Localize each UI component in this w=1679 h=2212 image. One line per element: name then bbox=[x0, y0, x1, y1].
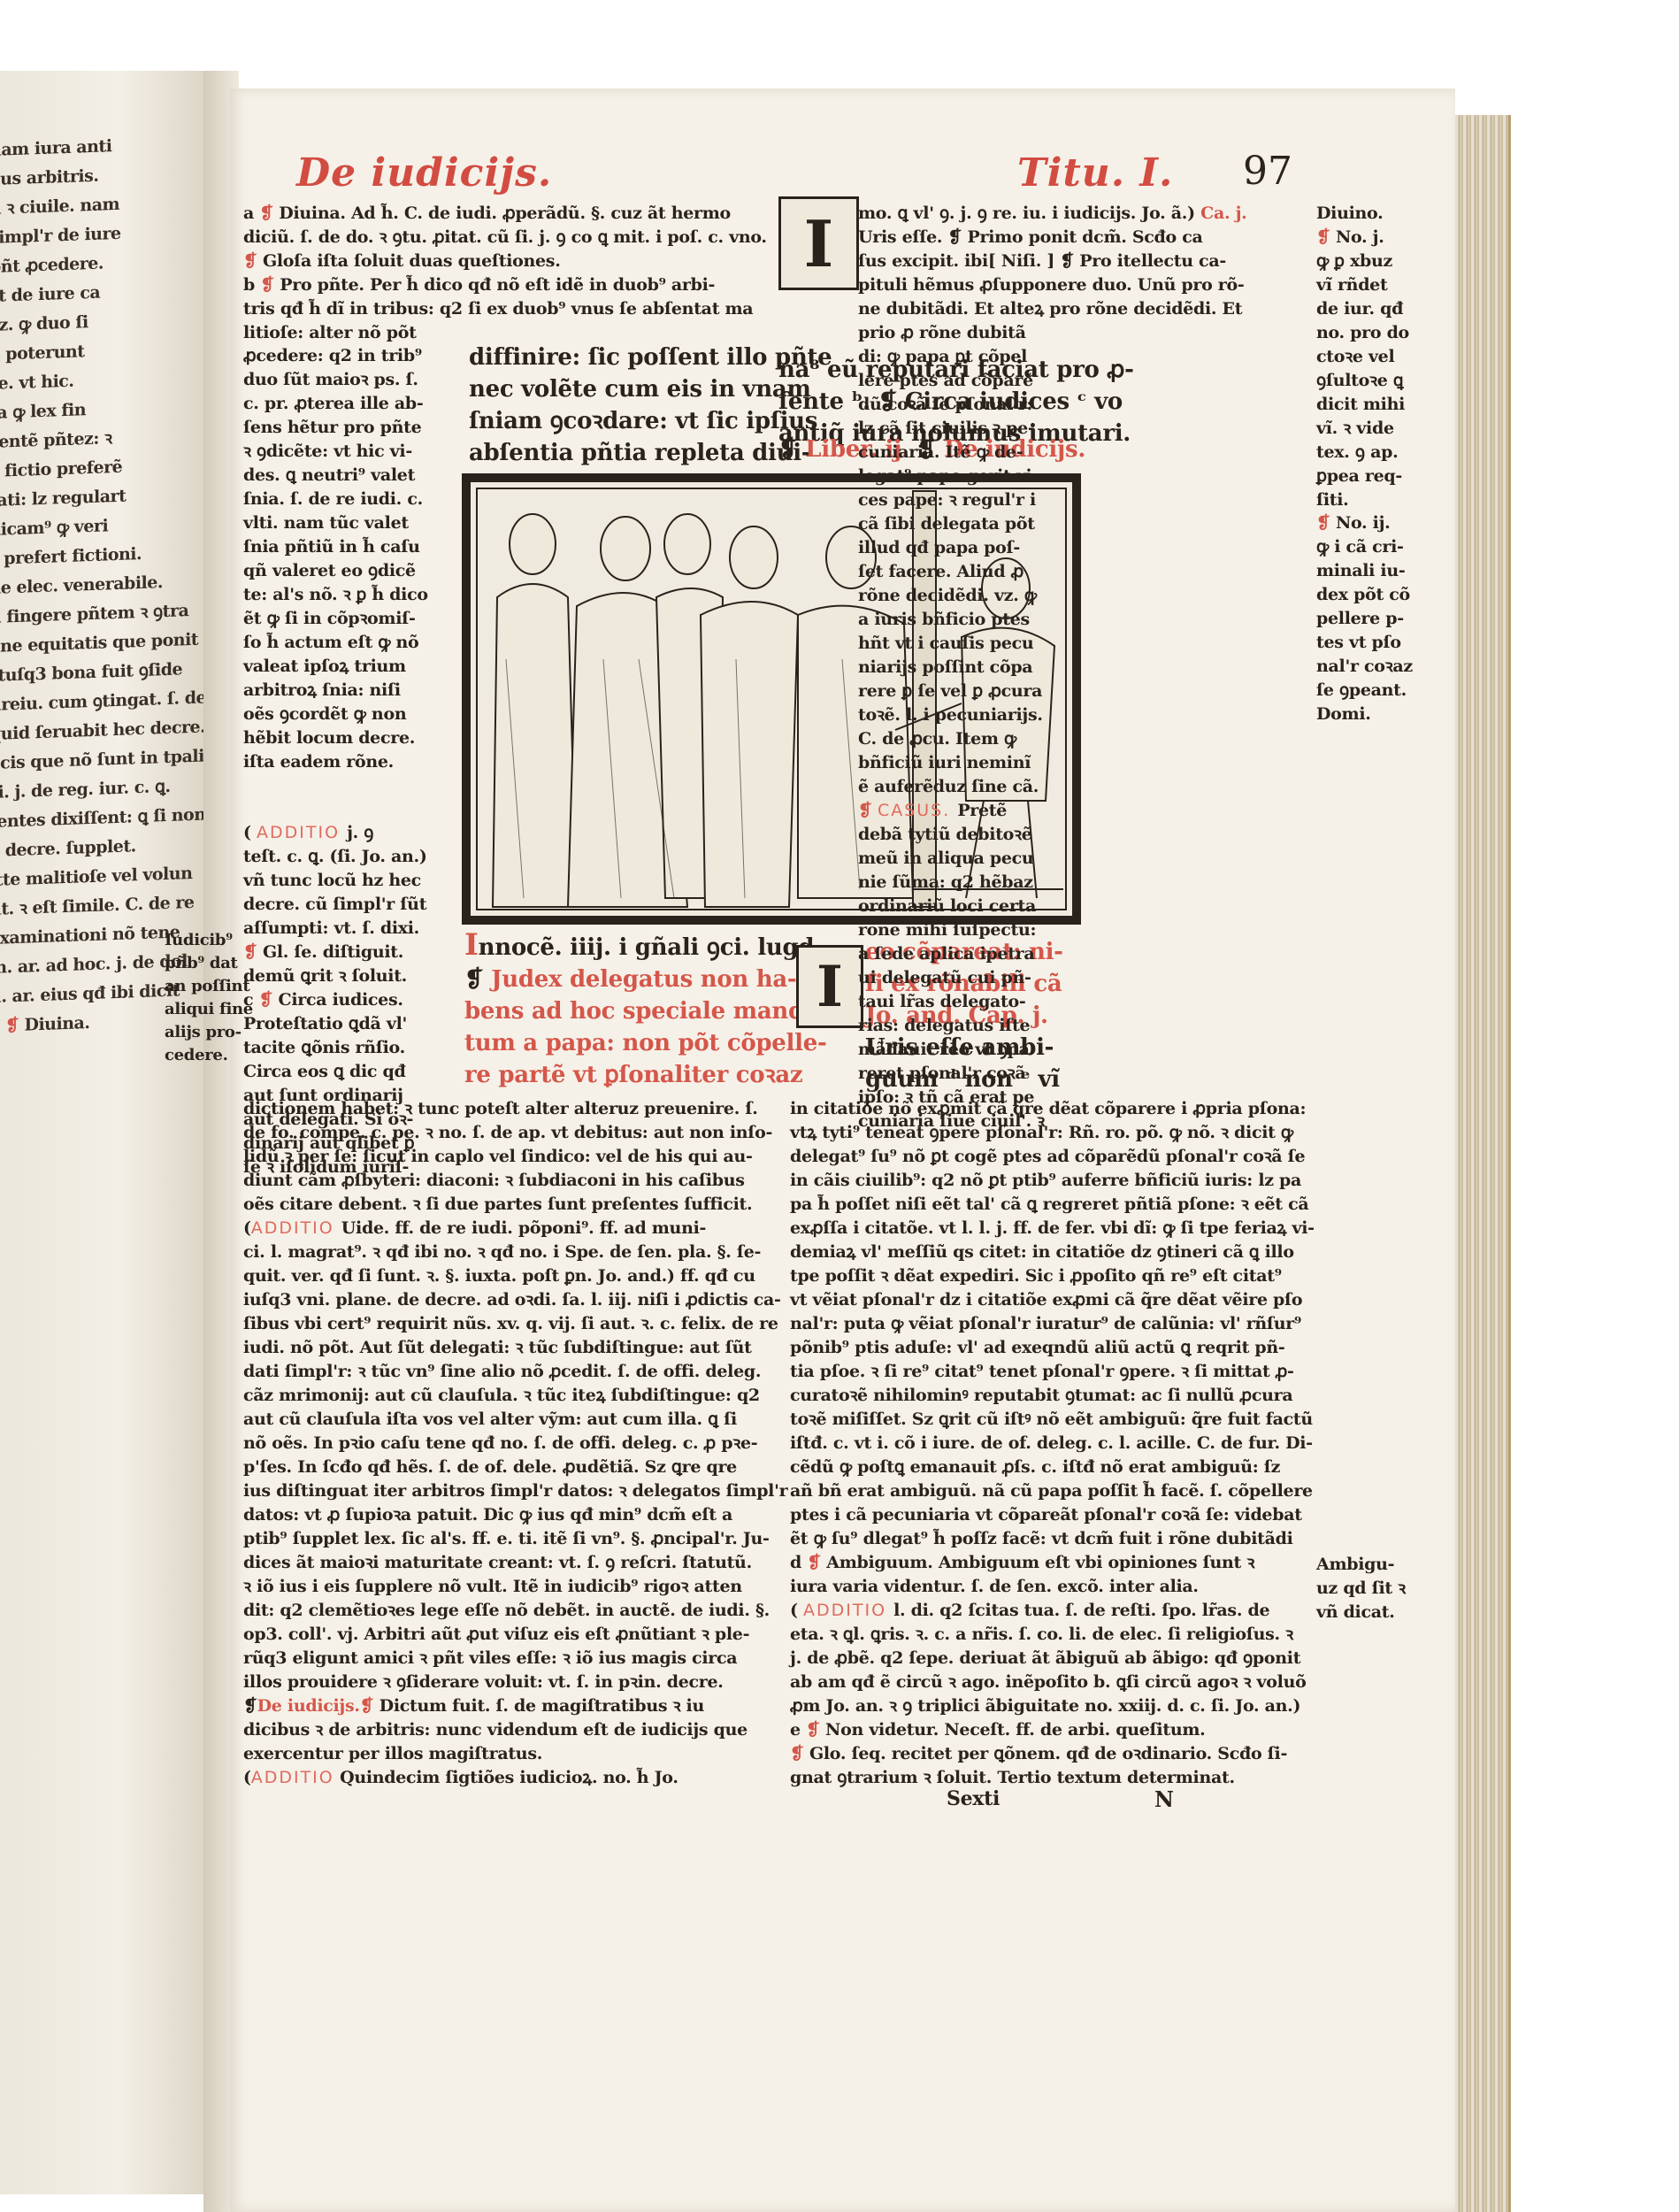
left-gloss-line: ſnia pñtiũ in h̃ caſu bbox=[243, 535, 456, 559]
red-initial-i: I bbox=[464, 927, 479, 963]
right-gloss-line: bñficiũ iuri neminĩ bbox=[858, 751, 1274, 775]
lower-right-line: demiaꝝ vl' meſſiũ qs citet: in citatiõe … bbox=[790, 1240, 1321, 1264]
left-additio-line: teſt. c. ꝗ. (ſi. Jo. an.) bbox=[243, 845, 456, 869]
right-gloss-line: nie ſũma: q2 hẽbaz bbox=[858, 871, 1274, 895]
lower-right-line: põnib⁹ ptis aduſe: vl' ad exeqndũ aliũ a… bbox=[790, 1336, 1321, 1360]
lower-right-line: tpe poſſit ꝛ dẽat expediri. Sic i ꝓpoſit… bbox=[790, 1264, 1321, 1288]
right-gloss-line: taui lr̃as delegato- bbox=[858, 990, 1274, 1014]
page-fore-edge bbox=[1455, 115, 1511, 2212]
right-gloss-line: C. de ꝓcu. Item ꝙ bbox=[858, 727, 1274, 751]
lower-left-line: dati ſimpl'r: ꝛ tũc vn⁹ ſine alio nõ ꝓce… bbox=[243, 1360, 792, 1384]
additio-label: ADDITIO bbox=[251, 1218, 341, 1238]
right-gloss-line: cã ſibi delegata põt bbox=[858, 512, 1274, 536]
lower-left-line: op3. coll'. vj. Arbitri aũt ꝓut viſuz ei… bbox=[243, 1623, 792, 1647]
left-gloss-line: c. pr. ꝓterea ille ab- bbox=[243, 392, 456, 416]
right-gloss-line: mãdauit reo vt ꝯpa bbox=[858, 1038, 1274, 1062]
left-gloss-line: ꝓcedere: q2 in trib⁹ bbox=[243, 344, 456, 368]
left-gloss-line: ❡ Gl. ſe. diſtiguit. bbox=[243, 941, 456, 964]
lower-right-line: vt vẽiat pſonal'r dz i citatiõe exꝓmi cã… bbox=[790, 1288, 1321, 1312]
left-gloss-line: valeat ipſoꝝ trium bbox=[243, 655, 456, 679]
left-gloss-column: ꝓcedere: q2 in trib⁹duo ſũt maioꝛ ps. ſ.… bbox=[243, 344, 456, 774]
margin-note-line: no. pro do bbox=[1316, 321, 1414, 345]
margin-note-line: ꝑpea req- bbox=[1316, 465, 1414, 488]
left-gloss-line: qñ valeret eo ꝯdicẽ bbox=[243, 559, 456, 583]
left-additio-line: decre. cũ ſimpl'r ſũt bbox=[243, 893, 456, 917]
lower-left-line: ſibus vbi cert⁹ requirit nũs. xv. q. vij… bbox=[243, 1312, 792, 1336]
lower-right-gloss-line: d ❡ Ambiguum. Ambiguum eſt vbi opiniones… bbox=[790, 1551, 1321, 1575]
left-gloss-line: ſnia. ſ. de re iudi. c. bbox=[243, 488, 456, 511]
lower-right-line: in cãis ciuilib⁹: q2 nõ ꝑt ptib⁹ auferre… bbox=[790, 1169, 1321, 1193]
right-gloss-line: di: ꝙ papa ꝑt cõpel bbox=[858, 345, 1274, 369]
margin-note-line: Iudicib⁹ bbox=[165, 929, 244, 952]
lower-right-line: ptes i cã pecuniaria vt cõpareãt pſonal'… bbox=[790, 1503, 1321, 1527]
main-text-upper: diffinire: ſic poſſent illo pñtenec volẽ… bbox=[469, 342, 787, 469]
main-text-line: diffinire: ſic poſſent illo pñte bbox=[469, 342, 787, 373]
lower-left-closing: ❡De iudicijs.❡ Dictum fuit. ſ. de magiſt… bbox=[243, 1694, 792, 1790]
margin-note-line: Domi. bbox=[1316, 703, 1414, 726]
lower-right-gloss-line: gnat ꝯtrarium ꝛ ſoluit. Tertio textum de… bbox=[790, 1766, 1321, 1790]
lower-left-line: ius diſtinguat iter arbitros ſimpl'r dat… bbox=[243, 1479, 792, 1503]
lower-left-line: ci. l. magrat⁹. ꝛ qđ ibi no. ꝛ qđ no. i … bbox=[243, 1240, 792, 1264]
right-gloss-line: debã tytiũ debitoꝛẽ bbox=[858, 823, 1274, 847]
source-line: nnocẽ. iiij. i gñali ꝯci. lugd. bbox=[479, 934, 822, 961]
lower-right-gloss-line: ab am qđ ẽ circũ ꝛ ago. inẽpoſito b. ꝗſi… bbox=[790, 1671, 1321, 1694]
margin-note-right-top: Diuino.❡ No. j.ꝙ ꝑ xbuzvĩ rñdetde iur. q… bbox=[1316, 202, 1414, 512]
running-head-left: De iudicijs. bbox=[296, 150, 552, 196]
margin-note-line: ſe ꝯpeant. bbox=[1316, 679, 1414, 703]
margin-note-left: Iudicib⁹pñb⁹ datan poſſintaliqui fineali… bbox=[165, 929, 244, 1067]
left-gloss-line: oẽs ꝯcordẽt ꝙ non bbox=[243, 703, 456, 726]
lower-left-line: quit. ver. qđ ſi ſunt. ꝛ. §. iuxta. poſt… bbox=[243, 1264, 792, 1288]
left-gloss-line: Circa eos ꝗ dic qđ bbox=[243, 1060, 456, 1084]
margin-note-line: tes vt pſo bbox=[1316, 631, 1414, 655]
additio-label: ADDITIO bbox=[251, 1768, 334, 1787]
margin-note-line: cedere. bbox=[165, 1044, 244, 1067]
lower-left-line: iuſq3 vni. plane. de decre. ad oꝛdi. ſa.… bbox=[243, 1288, 792, 1312]
margin-note-line: minali iu- bbox=[1316, 559, 1414, 583]
margin-note-line: vĩ rñdet bbox=[1316, 273, 1414, 297]
lower-right-gloss: in citatiõe nõ exꝓmit cã q̃re dẽat cõpar… bbox=[790, 1097, 1321, 1551]
right-gloss-line: ces pape: ꝛ regul'r i bbox=[858, 488, 1274, 512]
lower-right-line: toꝛẽ miſiſſet. Sz ꝗrit cũ iſtꝰ nõ eẽt am… bbox=[790, 1408, 1321, 1432]
margin-note-line: alijs pro- bbox=[165, 1021, 244, 1044]
lower-right-line: in citatiõe nõ exꝓmit cã q̃re dẽat cõpar… bbox=[790, 1097, 1321, 1121]
margin-note-line: ❡ No. ij. bbox=[1316, 511, 1414, 535]
left-gloss-line: ſo h̃ actum eſt ꝙ nõ bbox=[243, 631, 456, 655]
lower-right-gloss-line: ( ADDITIO l. di. q2 ſcitas tua. ſ. de re… bbox=[790, 1599, 1321, 1623]
left-gloss-line: hẽbit locum decre. bbox=[243, 726, 456, 750]
left-additio-line: vñ tunc locũ hz hec bbox=[243, 869, 456, 893]
left-gloss-line: c ❡ Circa iudices. bbox=[243, 988, 456, 1012]
rubric-block-left: Innocẽ. iiij. i gñali ꝯci. lugd. ❡ Judex… bbox=[464, 929, 783, 1091]
margin-note-line: ꝯſultoꝛe ꝗ bbox=[1316, 369, 1414, 393]
lower-left-line: diunt cãm ꝓſbyteri: diaconi: ꝛ ſubdiacon… bbox=[243, 1169, 792, 1193]
running-head-title: Titu. I. bbox=[1017, 150, 1173, 196]
left-gloss-line: des. ꝗ neutri⁹ valet bbox=[243, 464, 456, 488]
left-page-edge-text: nam iura antious arbitris.ũ ꝛ ciuile. na… bbox=[0, 129, 193, 1041]
lower-right-line: iſtđ. c. vt i. cõ i iure. de of. deleg. … bbox=[790, 1432, 1321, 1455]
margin-note-line: dex põt cõ bbox=[1316, 583, 1414, 607]
margin-note-line: tex. ꝯ ap. bbox=[1316, 441, 1414, 465]
lower-right-line: ẽt ꝙ ſu⁹ dlegat⁹ h̃ poſſz facẽ: vt dcm̃ … bbox=[790, 1527, 1321, 1551]
lower-left-line: (ADDITIO Uide. ff. de re iudi. põponi⁹. … bbox=[243, 1217, 792, 1240]
lower-left-line: dices ãt maioꝛi maturitate creant: vt. ſ… bbox=[243, 1551, 792, 1575]
lower-right-line: exꝓſſa i citatõe. vt l. l. j. ff. de fer… bbox=[790, 1217, 1321, 1240]
left-gloss-line: te: al's nõ. ꝛ ꝑ h̃ dico bbox=[243, 583, 456, 607]
lower-left-line: cãz mrimonij: aut cũ clauſula. ꝛ tũc ite… bbox=[243, 1384, 792, 1408]
margin-note-right-bottom: Ambigu-uz qd ſit ꝛvñ dicat. bbox=[1316, 1553, 1414, 1624]
right-gloss-line: a iuris bñficio ptes bbox=[858, 608, 1274, 632]
ornate-initial-i-top: I bbox=[778, 196, 859, 290]
left-gloss-line: duo ſũt maioꝛ ps. ſ. bbox=[243, 368, 456, 392]
lower-right-line: delegat⁹ ſu⁹ nõ ꝑt cogẽ ptes ad cõparẽdũ… bbox=[790, 1145, 1321, 1169]
left-gloss-line: arbitroꝝ ſnia: niſi bbox=[243, 679, 456, 703]
margin-note-line: Diuino. bbox=[1316, 202, 1414, 226]
lower-right-line: tia pſoe. ꝛ ſi re⁹ citat⁹ tenet pſonal'r… bbox=[790, 1360, 1321, 1384]
lower-right-gloss-line: eta. ꝛ ꝗl. ꝗris. ꝛ. c. a nr̃is. ſ. co. l… bbox=[790, 1623, 1321, 1647]
lower-left-line: p'ſes. In ſcđo qđ hẽs. ſ. de of. dele. ꝓ… bbox=[243, 1455, 792, 1479]
ornate-initial-i: I bbox=[796, 945, 863, 1028]
right-gloss-line: lere ptes ad cõparẽ bbox=[858, 369, 1274, 393]
margin-note-line: uz qd ſit ꝛ bbox=[1316, 1577, 1414, 1601]
signature-mark: N bbox=[1154, 1787, 1174, 1811]
right-gloss-line: mo. ꝗ vl' ꝯ. j. ꝯ re. iu. i iudicijs. Jo… bbox=[858, 202, 1274, 226]
lower-right-gloss-line: iura varia videntur. ſ. de ſen. excõ. in… bbox=[790, 1575, 1321, 1599]
right-gloss-line: ne dubitãdi. Et alteꝝ pro rõne decidẽdi.… bbox=[858, 297, 1274, 321]
right-gloss-line: ſet facere. Aliud ꝓ bbox=[858, 560, 1274, 584]
right-gloss-line: ẽ auferẽduz ſine cã. bbox=[858, 775, 1274, 799]
right-gloss-line: ❡ CASUS. Pretẽ bbox=[858, 799, 1274, 823]
right-gloss-line: hñt vt i cauſis pecu bbox=[858, 632, 1274, 656]
margin-note-line: ſiti. bbox=[1316, 488, 1414, 512]
margin-note-line: an poſſint bbox=[165, 975, 244, 998]
lower-left-line: datos: vt ꝓ ſupioꝛa patuit. Dic ꝙ ius qđ… bbox=[243, 1503, 792, 1527]
right-gloss-line: rõne mihi ſuſpectũ: bbox=[858, 918, 1274, 942]
margin-note-line: pñb⁹ dat bbox=[165, 952, 244, 975]
lower-left-line: dictionem habet: ꝛ tunc poteſt alter alt… bbox=[243, 1097, 792, 1121]
right-gloss-line: ordinariũ loci certa bbox=[858, 895, 1274, 918]
lower-right-glosses: d ❡ Ambiguum. Ambiguum eſt vbi opiniones… bbox=[790, 1551, 1321, 1790]
margin-note-line: pellere p- bbox=[1316, 607, 1414, 631]
lower-right-line: añ bñ erat ambiguũ. nã cũ papa poſſit h̃… bbox=[790, 1479, 1321, 1503]
right-gloss-column: mo. ꝗ vl' ꝯ. j. ꝯ re. iu. i iudicijs. Jo… bbox=[858, 202, 1274, 1133]
margin-note-line: nal'r coꝛaz bbox=[1316, 655, 1414, 679]
lower-left-line: aut cũ clauſula iſta vos vel alter vỹm: … bbox=[243, 1408, 792, 1432]
margin-note-right-mid: ❡ No. ij.ꝙ i cã cri-minali iu-dex põt cõ… bbox=[1316, 511, 1414, 726]
right-gloss-line: legat⁹ pape gerit vi bbox=[858, 465, 1274, 488]
lower-left-line: ꝛ iõ ius i eis ſupplere nõ vult. Itẽ in … bbox=[243, 1575, 792, 1599]
lower-left-gloss: dictionem habet: ꝛ tunc poteſt alter alt… bbox=[243, 1097, 792, 1694]
closing-heading: De iudicijs. bbox=[257, 1696, 360, 1716]
left-gloss-line: iſta eadem rõne. bbox=[243, 750, 456, 774]
right-gloss-line: prio ꝓ rõne dubitã bbox=[858, 321, 1274, 345]
right-gloss-line: Uris eſſe. ❡ Primo ponit dcm̃. Scđo ca bbox=[858, 226, 1274, 250]
margin-note-line: ꝙ ꝑ xbuz bbox=[1316, 250, 1414, 273]
right-gloss-line: rõne decidẽdi. vz. ꝙ bbox=[858, 584, 1274, 608]
right-gloss-line: illud qđ papa poſ- bbox=[858, 536, 1274, 560]
lower-left-line: de fo. compe. c. pe. ꝛ no. ſ. de ap. vt … bbox=[243, 1121, 792, 1145]
right-gloss-line: cuniaria. Itẽ ꝙ de- bbox=[858, 441, 1274, 465]
right-gloss-line: pituli hẽmus ꝓſupponere duo. Unũ pro rõ- bbox=[858, 273, 1274, 297]
lower-left-line: rũq3 eligunt amici ꝛ pñt viles eſſe: ꝛ i… bbox=[243, 1647, 792, 1671]
catchword: Sexti bbox=[947, 1787, 1000, 1811]
left-gloss-line: ẽt ꝙ ſi in cõpꝛomiſ- bbox=[243, 607, 456, 631]
margin-note-line: de iur. qđ bbox=[1316, 297, 1414, 321]
main-text-line: abſentia pñtia repleta diui- bbox=[469, 437, 787, 469]
margin-note-line: vñ dicat. bbox=[1316, 1601, 1414, 1624]
lower-right-gloss-line: j. de ꝓbẽ. q2 ſepe. deriuat ãt ãbiguũ ab… bbox=[790, 1647, 1321, 1671]
margin-note-line: vĩ. ꝛ vide bbox=[1316, 417, 1414, 441]
lower-right-line: pa h̃ poſſet niſi eẽt tal' cã ꝗ regreret… bbox=[790, 1193, 1321, 1217]
lower-left-line: ptib⁹ ſupplet lex. ſic al's. ff. e. ti. … bbox=[243, 1527, 792, 1551]
margin-note-line: aliqui fine bbox=[165, 998, 244, 1021]
lower-left-line: iudi. nõ põt. Aut ſũt delegati: ꝛ tũc ſu… bbox=[243, 1336, 792, 1360]
left-additio-line: aſſumpti: vt. ſ. dixi. bbox=[243, 917, 456, 941]
lower-right-line: nal'r: puta ꝙ vẽiat pſonal'r iuratur⁹ de… bbox=[790, 1312, 1321, 1336]
lower-right-line: vtꝝ tyti⁹ teneat ꝯpere pſonal'r: Rñ. ro.… bbox=[790, 1121, 1321, 1145]
right-gloss-line: rere ꝑ ſe vel ꝑ ꝓcura bbox=[858, 680, 1274, 703]
folio-number: 97 bbox=[1243, 149, 1292, 194]
lower-right-gloss-line: ❡ Glo. ſeq. recitet per ꝗõnem. qđ de oꝛd… bbox=[790, 1742, 1321, 1766]
lower-left-line: nõ oẽs. In pꝛio caſu tene qđ no. ſ. de o… bbox=[243, 1432, 792, 1455]
top-gloss: a ❡ Diuina. Ad h̃. C. de iudi. ꝓperãdũ. … bbox=[243, 202, 774, 345]
right-gloss-line: meũ in aliqua pecu bbox=[858, 847, 1274, 871]
margin-note-line: ctoꝛe vel bbox=[1316, 345, 1414, 369]
main-text-line: nec volẽte cum eis in vnam bbox=[469, 373, 787, 405]
right-gloss-line: ſus excipit. ibi[ Niſi. ] ❡ Pro itellect… bbox=[858, 250, 1274, 273]
left-gloss-line: ſens hẽtur pro pñte bbox=[243, 416, 456, 440]
left-page-verso: nam iura antious arbitris.ũ ꝛ ciuile. na… bbox=[0, 71, 221, 2194]
right-gloss-line: reret pſonal'r coꝛã bbox=[858, 1062, 1274, 1086]
lower-right-gloss-line: ꝓm Jo. an. ꝛ ꝯ triplici ãbiguitate no. x… bbox=[790, 1694, 1321, 1718]
right-gloss-line: lz cã ſit ciuilis ꝛ pe- bbox=[858, 417, 1274, 441]
right-gloss-line: ui delegatũ cui pñ- bbox=[858, 966, 1274, 990]
lower-left-line: dit: q2 clemẽtioꝛes lege eſſe nõ debẽt. … bbox=[243, 1599, 792, 1623]
margin-note-line: dicit mihi bbox=[1316, 393, 1414, 417]
margin-note-line: ❡ No. j. bbox=[1316, 226, 1414, 250]
right-gloss-line: a ſede aplica ipetra bbox=[858, 942, 1274, 966]
right-gloss-line: toꝛẽ. l. i pecuniarijs. bbox=[858, 703, 1274, 727]
lower-left-line: illos prouidere ꝛ ꝯſiderare voluit: vt. … bbox=[243, 1671, 792, 1694]
lower-right-line: curatoꝛẽ nihilominꝰ reputabit ꝯtumat: ac… bbox=[790, 1384, 1321, 1408]
left-gloss-line: Proteſtatio ꝗdã vl' bbox=[243, 1012, 456, 1036]
lower-left-line: lidũ ꝛ per ſe: ſicut in caplo vel ſindic… bbox=[243, 1145, 792, 1169]
lower-left-line: oẽs citare debent. ꝛ ſi due partes ſunt … bbox=[243, 1193, 792, 1217]
main-text-line: ſniam ꝯcoꝛdare: vt ſic ipſius bbox=[469, 405, 787, 437]
right-gloss-line: niarijs poſſint cõpa bbox=[858, 656, 1274, 680]
lower-right-gloss-line: e ❡ Non videtur. Neceſt. ff. de arbi. qu… bbox=[790, 1718, 1321, 1742]
margin-note-line: Ambigu- bbox=[1316, 1553, 1414, 1577]
lower-right-line: cẽdũ ꝙ poſtꝗ emanauit ꝓſs. c. iſtđ nõ er… bbox=[790, 1455, 1321, 1479]
left-gloss-line: demũ ꝗrit ꝛ ſoluit. bbox=[243, 964, 456, 988]
margin-note-line: ꝙ i cã cri- bbox=[1316, 535, 1414, 559]
additio-label: ADDITIO bbox=[257, 823, 347, 842]
left-gloss-line: vlti. nam tũc valet bbox=[243, 511, 456, 535]
left-gloss-line: ꝛ ꝯdicẽte: vt hic vi- bbox=[243, 440, 456, 464]
right-gloss-line: dũ coꝛã ſe pſonal'r: bbox=[858, 393, 1274, 417]
right-gloss-line: rias: delegatus iſte bbox=[858, 1014, 1274, 1038]
left-gloss-line: tacite ꝗõnis rñſio. bbox=[243, 1036, 456, 1060]
